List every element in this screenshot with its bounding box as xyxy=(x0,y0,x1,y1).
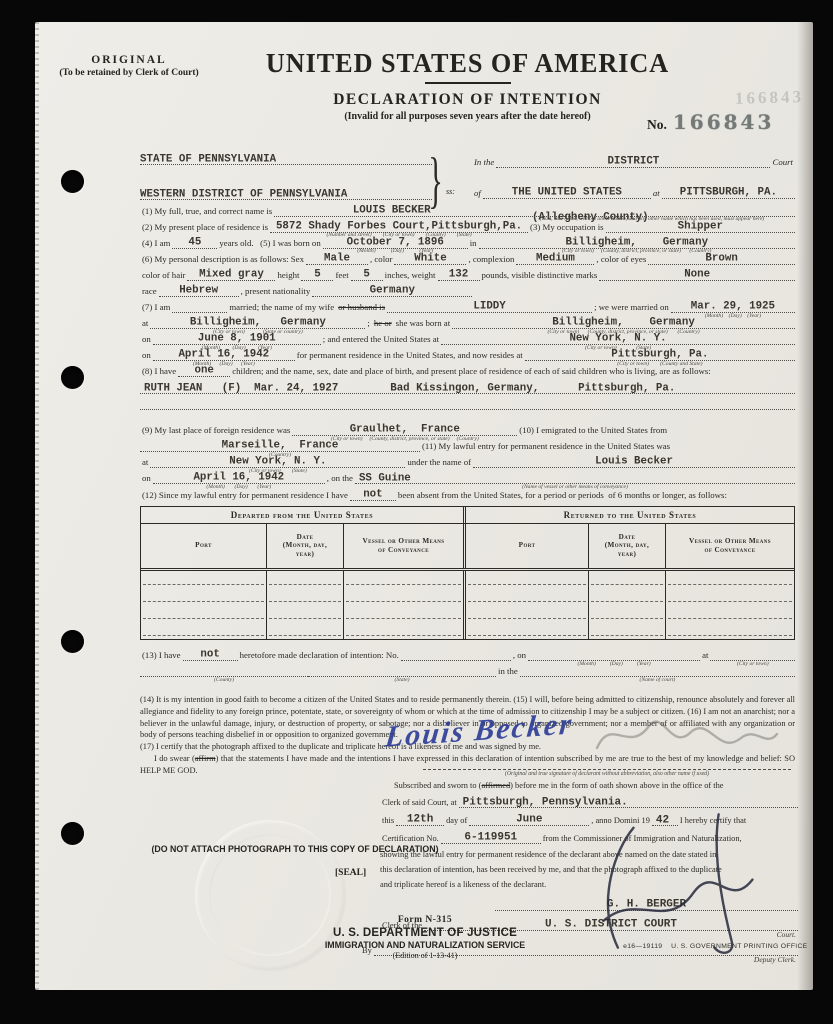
departure-return-table: Departed from the United StatesReturned … xyxy=(140,506,795,640)
empty-entry-line xyxy=(143,601,264,602)
department-name: U. S. DEPARTMENT OF JUSTICE xyxy=(290,927,560,939)
table-cell xyxy=(141,622,267,639)
court-line: In theDISTRICTCourt xyxy=(472,152,795,168)
column-header: Port xyxy=(141,524,267,568)
printed-label: , present nationality xyxy=(239,286,313,297)
printed-label: In the xyxy=(472,157,496,168)
empty-entry-line xyxy=(143,635,264,636)
printed-label: on xyxy=(140,473,153,484)
table-cell xyxy=(666,571,794,588)
table-cell xyxy=(466,622,589,639)
gpo-imprint: e16—19119 U. S. GOVERNMENT PRINTING OFFI… xyxy=(610,936,808,957)
signature-line-label: (Original and true signature of declaran… xyxy=(423,771,791,777)
fill-line: (County) xyxy=(140,658,308,677)
column-header: Port xyxy=(466,524,589,568)
title-divider xyxy=(425,82,511,84)
fill-line xyxy=(140,391,795,410)
table-cell xyxy=(666,605,794,622)
empty-entry-line xyxy=(591,618,663,619)
page-edge-shadow xyxy=(797,22,813,990)
table-header-row: Departed from the United StatesReturned … xyxy=(141,507,794,524)
table-cell xyxy=(344,622,466,639)
fill-line: not xyxy=(350,482,396,501)
printed-label: (8) I have xyxy=(140,366,178,377)
printed-label: race xyxy=(140,286,159,297)
form-footer: Form N-315 U. S. DEPARTMENT OF JUSTICE I… xyxy=(290,915,560,960)
empty-entry-line xyxy=(591,601,663,602)
empty-entry-line xyxy=(346,635,461,636)
form-line: (8) I haveonechildren; and the name, sex… xyxy=(140,365,795,378)
fill-line: 45 xyxy=(172,230,217,249)
table-cell xyxy=(344,571,466,588)
table-cell xyxy=(267,622,344,639)
printed-label: on xyxy=(140,350,153,361)
printed-label: on xyxy=(140,334,153,345)
seal-label: [SEAL] xyxy=(335,868,366,878)
empty-entry-line xyxy=(346,618,461,619)
printed-label: pounds, visible distinctive marks xyxy=(480,270,600,281)
table-cell xyxy=(466,588,589,605)
printed-label: Certification No. xyxy=(380,834,441,844)
document-subtitle: DECLARATION OF INTENTION xyxy=(140,91,795,109)
scanned-document-page: ORIGINAL (To be retained by Clerk of Cou… xyxy=(0,0,833,1024)
printed-label: height xyxy=(275,270,301,281)
column-header: Date (Month, day, year) xyxy=(589,524,666,568)
empty-entry-line xyxy=(468,601,586,602)
fill-line: 6-119951 xyxy=(441,825,541,844)
printed-label: ) before me in the form of oath shown ab… xyxy=(510,781,723,790)
printed-label: (10) I emigrated to the United States fr… xyxy=(517,425,669,436)
pencil-signature-ghost xyxy=(591,708,781,766)
empty-entry-line xyxy=(269,584,341,585)
empty-entry-line xyxy=(269,601,341,602)
form-line: onApril 16, 1942(Month) (Day) (Year)for … xyxy=(140,349,795,362)
travel-table: Departed from the United StatesReturned … xyxy=(140,506,795,640)
signature-line xyxy=(423,769,791,770)
form-number: Form N-315 xyxy=(290,915,560,925)
punch-hole xyxy=(61,170,84,193)
fill-line: (Name of court) xyxy=(520,658,795,677)
column-header-row: PortDate (Month, day, year)Vessel or Oth… xyxy=(141,524,794,571)
punch-hole xyxy=(61,630,84,653)
empty-entry-line xyxy=(668,635,792,636)
printed-label: at xyxy=(140,318,150,329)
fill-line: Medium xyxy=(516,246,594,265)
column-header: Date (Month, day, year) xyxy=(267,524,344,568)
declaration-number: No. 166843 xyxy=(647,110,774,134)
empty-entry-line xyxy=(143,618,264,619)
table-cell xyxy=(344,605,466,622)
table-cell xyxy=(141,605,267,622)
empty-entry-line xyxy=(346,601,461,602)
printed-label: Court xyxy=(770,157,795,168)
declaration-of-intention-document: ORIGINAL (To be retained by Clerk of Cou… xyxy=(35,22,813,990)
typed-entry: 12th xyxy=(407,815,433,826)
fill-line: None xyxy=(599,262,795,281)
typed-entry: Louis Becker xyxy=(595,457,673,468)
typed-entry: Medium xyxy=(536,253,575,264)
table-cell xyxy=(267,571,344,588)
printed-label: been absent from the United States, for … xyxy=(396,490,729,501)
fill-line: one xyxy=(178,358,230,377)
printed-label: in the xyxy=(496,666,520,677)
typed-entry: June xyxy=(516,815,542,826)
printed-label: under the name of xyxy=(405,457,473,468)
printed-label: (1) My full, true, and correct name is xyxy=(140,206,274,217)
table-cell xyxy=(589,571,666,588)
printed-label: in xyxy=(468,238,479,249)
table-row xyxy=(141,605,794,622)
fill-line: Louis Becker xyxy=(473,449,795,468)
fill-line: PITTSBURGH, PA. xyxy=(662,180,795,199)
fill-line: SS Guine(Name of vessel or other means o… xyxy=(355,472,795,484)
typed-entry: DISTRICT xyxy=(607,157,659,168)
empty-entry-line xyxy=(468,618,586,619)
departed-header: Departed from the United States xyxy=(141,507,466,523)
form-body: (1) My full, true, and correct name isLO… xyxy=(140,204,795,776)
perforated-edge xyxy=(35,22,39,990)
printed-label: (12) Since my lawful entry for permanent… xyxy=(140,490,350,501)
empty-entry-line xyxy=(591,584,663,585)
page-title: UNITED STATES OF AMERICA xyxy=(150,48,785,79)
table-cell xyxy=(141,588,267,605)
fill-line: Pittsburgh, Pa.(City or town) (County an… xyxy=(525,342,795,361)
table-cell xyxy=(589,605,666,622)
table-cell xyxy=(666,588,794,605)
empty-entry-line xyxy=(346,584,461,585)
table-cell xyxy=(267,605,344,622)
column-header: Vessel or Other Means of Conveyance xyxy=(666,524,794,568)
table-row xyxy=(141,571,794,588)
table-cell xyxy=(466,605,589,622)
empty-entry-line xyxy=(668,618,792,619)
typed-entry: None xyxy=(684,269,710,280)
form-line: Subscribed and sworn to (affirmed) befor… xyxy=(380,779,798,793)
printed-label: this xyxy=(380,816,396,826)
empty-entry-line xyxy=(668,601,792,602)
punch-hole xyxy=(61,822,84,845)
printed-label: ; and entered the United States at xyxy=(321,334,441,345)
photo-note: (DO NOT ATTACH PHOTOGRAPH TO THIS COPY O… xyxy=(140,844,450,854)
typed-entry: STATE OF PENNSYLVANIA xyxy=(140,155,276,166)
struck-text: affirm xyxy=(195,754,216,763)
table-cell xyxy=(267,588,344,605)
empty-entry-line xyxy=(468,584,586,585)
typed-entry: 45 xyxy=(188,237,201,248)
struck-text: he or xyxy=(372,318,394,329)
form-line: (County)(State)in the(Name of court) xyxy=(140,665,795,678)
ss-abbreviation: ss: xyxy=(446,187,455,196)
punch-hole xyxy=(61,366,84,389)
printed-label: for permanent residence in the United St… xyxy=(295,350,525,361)
table-cell xyxy=(141,571,267,588)
table-cell xyxy=(344,588,466,605)
table-cell xyxy=(666,622,794,639)
empty-entry-line xyxy=(468,635,586,636)
empty-entry-line xyxy=(668,584,792,585)
gpo-code: e16—19119 xyxy=(623,943,662,950)
typed-entry: 6-119951 xyxy=(464,833,517,844)
number-label: No. xyxy=(647,117,667,133)
printed-label: Subscribed and sworn to ( xyxy=(394,781,481,790)
table-cell xyxy=(589,588,666,605)
printed-label: children; and the name, sex, date and pl… xyxy=(230,366,713,377)
fill-line: April 16, 1942(Month) (Day) (Year) xyxy=(153,465,325,484)
form-lines-bottom: (13) I havenotheretofore made declaratio… xyxy=(140,649,795,678)
empty-entry-line xyxy=(269,635,341,636)
table-cell xyxy=(466,571,589,588)
table-row xyxy=(141,588,794,605)
typed-entry: Pittsburgh, Pa. xyxy=(611,350,708,361)
printed-label: (4) I am xyxy=(140,238,172,249)
printed-label: I do swear ( xyxy=(154,754,195,763)
service-name: IMMIGRATION AND NATURALIZATION SERVICE xyxy=(290,940,560,950)
column-header: Vessel or Other Means of Conveyance xyxy=(344,524,466,568)
ghost-stamp-number: 166843 xyxy=(735,87,804,109)
edition-note: (Edition of 1-13-41) xyxy=(290,951,560,960)
fill-line: (State) xyxy=(308,658,496,677)
sub-label: (Name of court) xyxy=(500,677,815,683)
state-line: STATE OF PENNSYLVANIA xyxy=(140,147,432,165)
fill-line: THE UNITED STATES xyxy=(483,180,651,199)
fill-line: 12th xyxy=(396,807,444,826)
table-cell xyxy=(589,622,666,639)
typed-entry: April 16, 1942 xyxy=(193,473,284,484)
gpo-text: U. S. GOVERNMENT PRINTING OFFICE xyxy=(671,943,807,950)
printed-label: and triplicate hereof is a likeness of t… xyxy=(380,880,546,889)
struck-text: affirmed xyxy=(481,781,510,790)
empty-entry-line xyxy=(269,618,341,619)
form-line: (12) Since my lawful entry for permanent… xyxy=(140,488,795,501)
typed-entry: one xyxy=(194,366,213,377)
sub-label: (State) xyxy=(288,677,516,683)
number-value: 166843 xyxy=(673,110,775,134)
table-row xyxy=(141,622,794,639)
returned-header: Returned to the United States xyxy=(466,507,794,523)
typed-entry: not xyxy=(363,489,382,500)
printed-label: at xyxy=(140,457,150,468)
fill-line: DISTRICT xyxy=(496,149,770,168)
empty-entry-line xyxy=(591,635,663,636)
form-line: Clerk of said Court, atPittsburgh, Penns… xyxy=(380,794,798,808)
form-lines-top: (1) My full, true, and correct name isLO… xyxy=(140,204,795,501)
empty-entry-line xyxy=(143,584,264,585)
form-line xyxy=(140,397,795,410)
form-line: onApril 16, 1942(Month) (Day) (Year), on… xyxy=(140,472,795,485)
